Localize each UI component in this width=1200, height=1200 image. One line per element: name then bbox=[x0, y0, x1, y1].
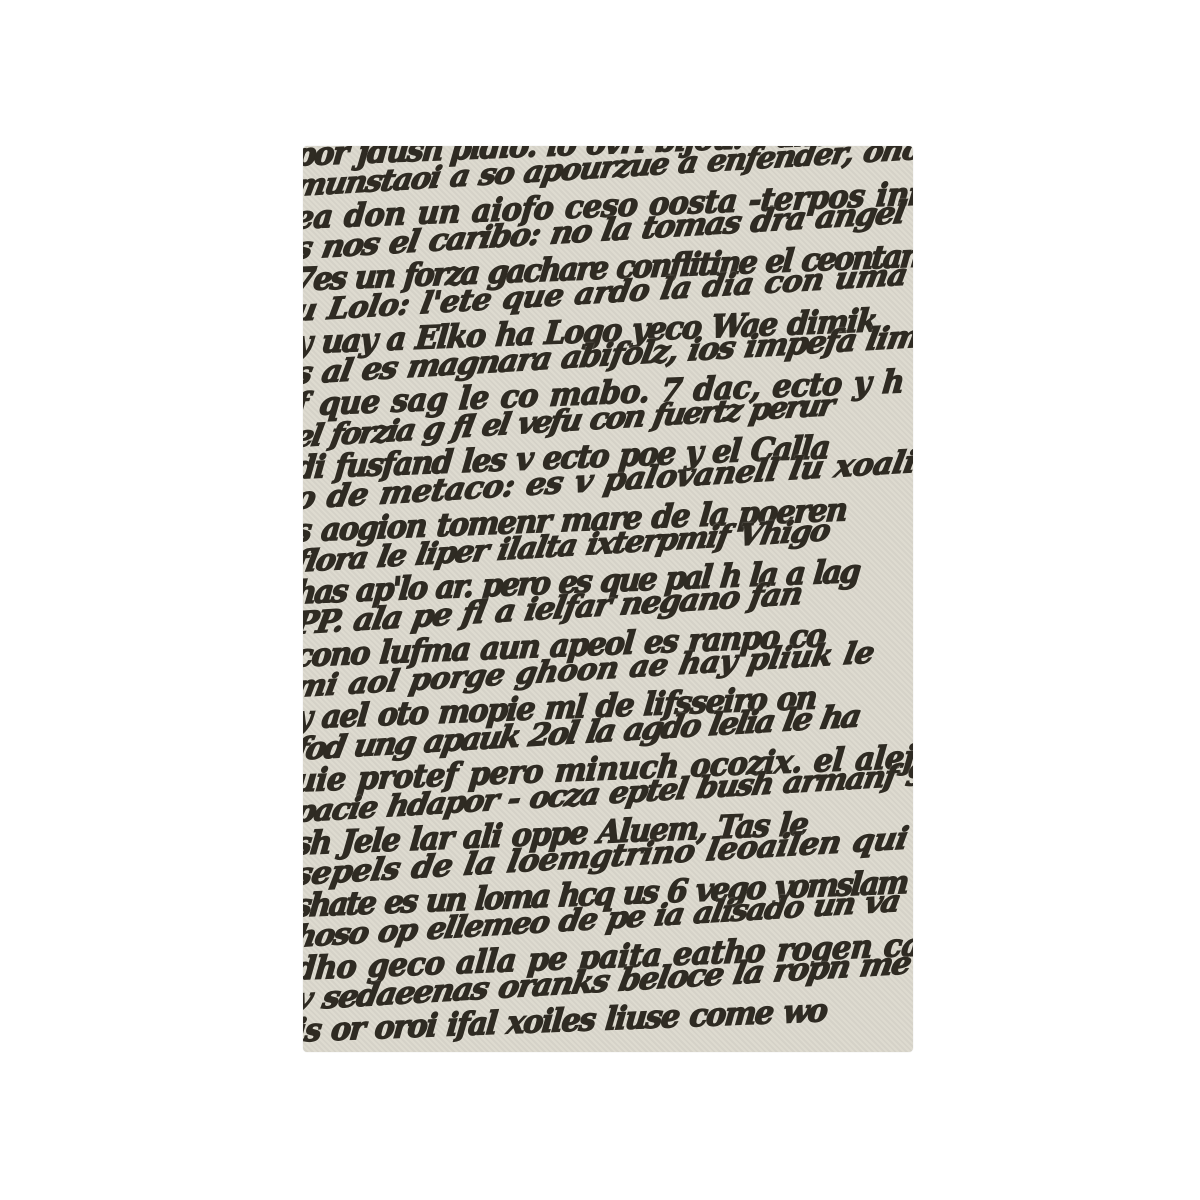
handwriting-pattern: por jdush'pidlo. lo ovri bijou! l ahas m… bbox=[303, 146, 913, 1048]
rug: por jdush'pidlo. lo ovri bijou! l ahas m… bbox=[303, 146, 913, 1052]
